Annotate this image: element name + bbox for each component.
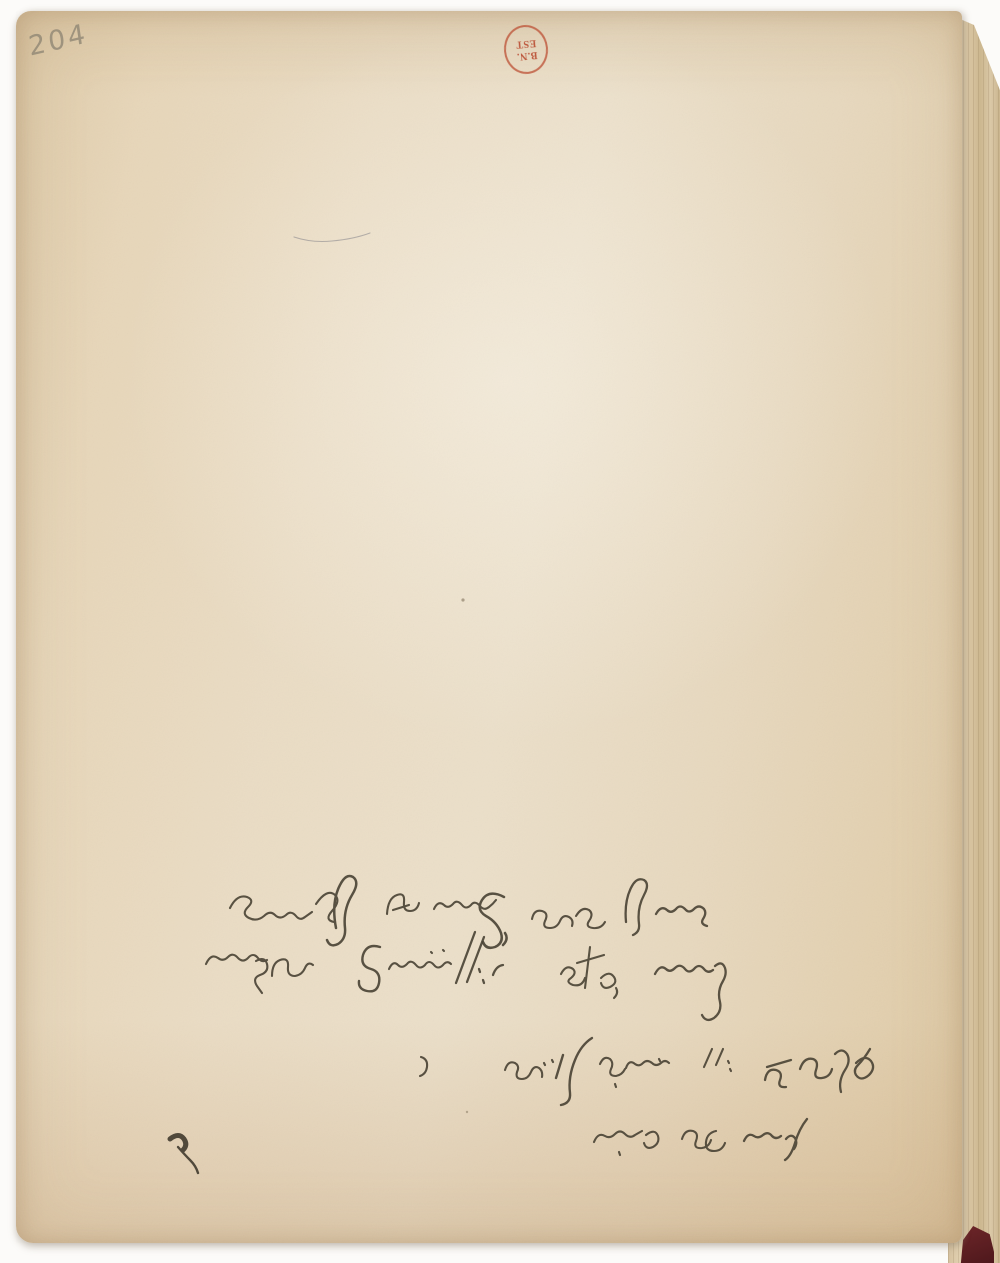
scanned-page-photo: 204 B.N. EST — [0, 0, 1000, 1263]
handwriting-ink — [16, 11, 962, 1243]
paper-grain — [16, 11, 962, 1243]
manuscript-page: 204 B.N. EST — [16, 11, 962, 1243]
